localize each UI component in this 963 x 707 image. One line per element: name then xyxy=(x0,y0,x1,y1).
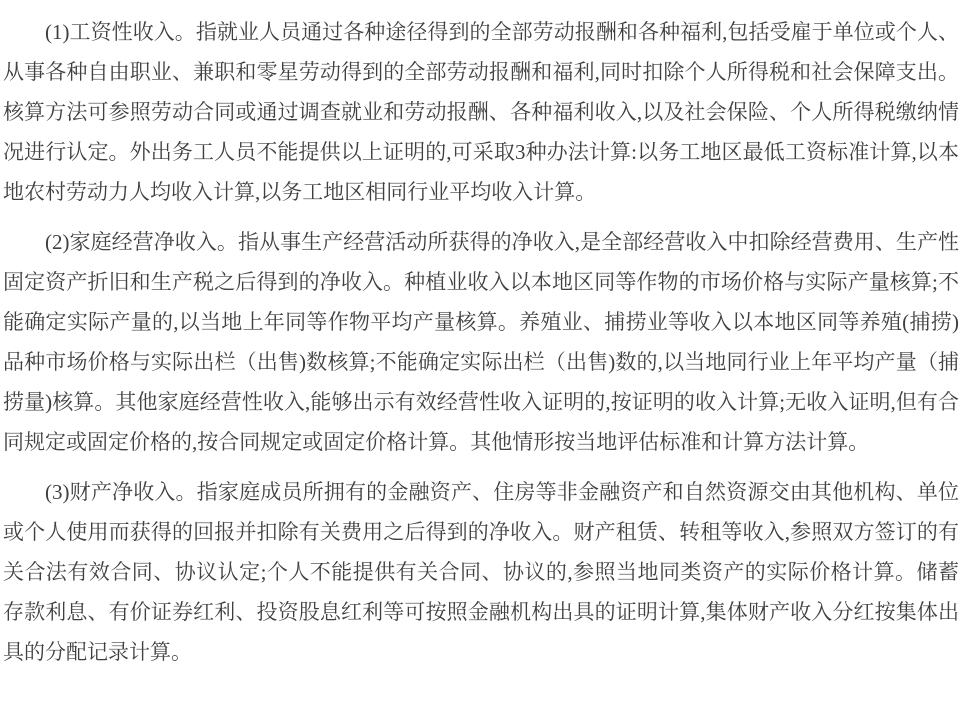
document-page: (1)工资性收入。指就业人员通过各种途径得到的全部劳动报酬和各种福利,包括受雇于… xyxy=(0,0,963,707)
paragraph-property-net-income: (3)财产净收入。指家庭成员所拥有的金融资产、住房等非金融资产和自然资源交由其他… xyxy=(3,472,959,672)
paragraph-wage-income: (1)工资性收入。指就业人员通过各种途径得到的全部劳动报酬和各种福利,包括受雇于… xyxy=(3,12,959,212)
paragraph-household-business-net-income: (2)家庭经营净收入。指从事生产经营活动所获得的净收入,是全部经营收入中扣除经营… xyxy=(3,222,959,462)
